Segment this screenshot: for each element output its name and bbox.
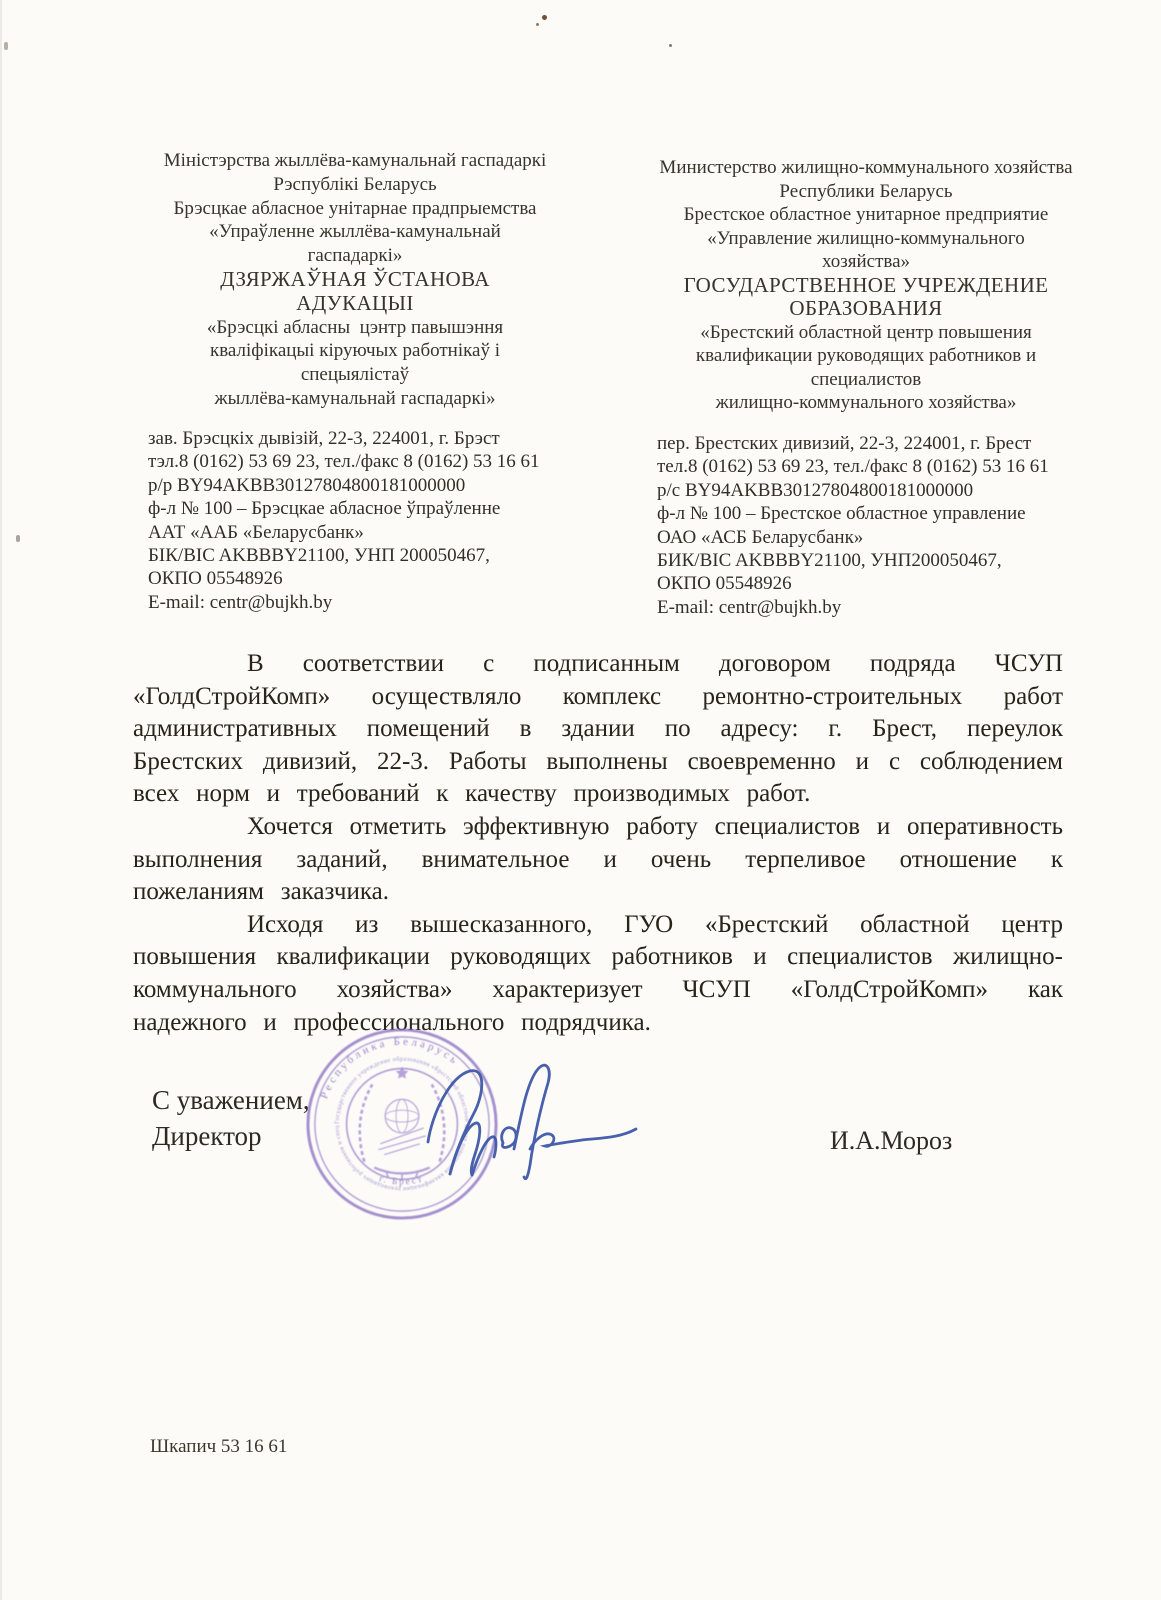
letter-body: В соответствии с подписанным договором п…	[133, 648, 1063, 1039]
header-line: кваліфікацыі кіруючых работнікаў і	[143, 339, 567, 363]
contact-line-email: E-mail: centr@bujkh.by	[148, 591, 608, 614]
scan-speck	[669, 44, 672, 47]
header-line: жыллёва-камунальнай гаспадаркі»	[143, 387, 567, 411]
contact-block-belarusian: зав. Брэсцкіх дывізій, 22-3, 224001, г. …	[148, 427, 608, 614]
header-line: Рэспублікі Беларусь	[143, 173, 567, 197]
contact-block-russian: пер. Брестских дивизий, 22-3, 224001, г.…	[657, 432, 1117, 619]
header-line: Министерство жилищно-коммунального хозяй…	[645, 156, 1087, 180]
header-line: Міністэрства жыллёва-камунальнай гаспада…	[143, 149, 567, 173]
contact-line-okpo: ОКПО 05548926	[657, 572, 1117, 595]
signer-title: Директор	[152, 1121, 262, 1152]
contact-line-bic: БІК/BIC AKBBBY21100, УНП 200050467,	[148, 544, 608, 567]
header-line: ОБРАЗОВАНИЯ	[645, 297, 1087, 321]
header-line: ДЗЯРЖАЎНАЯ ЎСТАНОВА	[143, 268, 567, 292]
scan-speck	[536, 23, 539, 26]
signature-autograph	[418, 1056, 653, 1191]
header-line: Брестское областное унитарное предприяти…	[645, 203, 1087, 227]
scan-speck	[542, 15, 547, 20]
header-line: ГОСУДАРСТВЕННОЕ УЧРЕЖДЕНИЕ	[645, 274, 1087, 298]
closing-salutation: С уважением,	[152, 1085, 310, 1116]
contact-line-account: р/с BY94AKBB30127804800181000000	[657, 479, 1117, 502]
header-line: «Брестский областной центр повышения	[645, 321, 1087, 345]
signer-name: И.А.Мороз	[830, 1126, 952, 1156]
contact-line-account: р/р BY94AKBB30127804800181000000	[148, 474, 608, 497]
contact-line-branch: ф-л № 100 – Брестское областное управлен…	[657, 502, 1117, 525]
contact-line-phone: тэл.8 (0162) 53 69 23, тел./факс 8 (0162…	[148, 450, 608, 473]
header-line: АДУКАЦЫІ	[143, 292, 567, 316]
header-line: квалификации руководящих работников и	[645, 344, 1087, 368]
contact-line-bic: БИК/BIC AKBBBY21100, УНП200050467,	[657, 549, 1117, 572]
contact-line-email: E-mail: centr@bujkh.by	[657, 596, 1117, 619]
body-paragraph: Хочется отметить эффективную работу спец…	[133, 811, 1063, 909]
body-paragraph: Исходя из вышесказанного, ГУО «Брестский…	[133, 909, 1063, 1039]
header-russian: Министерство жилищно-коммунального хозяй…	[645, 156, 1087, 415]
header-line: гаспадаркі»	[143, 244, 567, 268]
header-line: спецыялістаў	[143, 363, 567, 387]
contact-line-branch: ф-л № 100 – Брэсцкае абласное ўпраўленне	[148, 497, 608, 520]
header-line: «Упраўленне жыллёва-камунальнай	[143, 220, 567, 244]
header-line: хозяйства»	[645, 250, 1087, 274]
contact-line-phone: тел.8 (0162) 53 69 23, тел./факс 8 (0162…	[657, 455, 1117, 478]
header-belarusian: Міністэрства жыллёва-камунальнай гаспада…	[143, 149, 567, 411]
body-paragraph: В соответствии с подписанным договором п…	[133, 648, 1063, 811]
header-line: специалистов	[645, 368, 1087, 392]
header-line: «Управление жилищно-коммунального	[645, 227, 1087, 251]
scanned-letter-page: Міністэрства жыллёва-камунальнай гаспада…	[0, 0, 1161, 1600]
contact-line-address: пер. Брестских дивизий, 22-3, 224001, г.…	[657, 432, 1117, 455]
scan-speck	[16, 535, 20, 542]
contact-line-okpo: ОКПО 05548926	[148, 567, 608, 590]
header-line: жилищно-коммунального хозяйства»	[645, 391, 1087, 415]
contact-line-bank: ОАО «АСБ Беларусбанк»	[657, 526, 1117, 549]
contact-line-address: зав. Брэсцкіх дывізій, 22-3, 224001, г. …	[148, 427, 608, 450]
header-line: Республики Беларусь	[645, 180, 1087, 204]
contact-line-bank: ААТ «ААБ «Беларусбанк»	[148, 521, 608, 544]
header-line: «Брэсцкі абласны цэнтр павышэння	[143, 316, 567, 340]
header-line: Брэсцкае абласное унітарнае прадпрыемств…	[143, 197, 567, 221]
scan-speck	[4, 42, 8, 50]
executor-note: Шкапич 53 16 61	[150, 1436, 287, 1458]
scan-edge-artifact	[0, 0, 2, 1600]
